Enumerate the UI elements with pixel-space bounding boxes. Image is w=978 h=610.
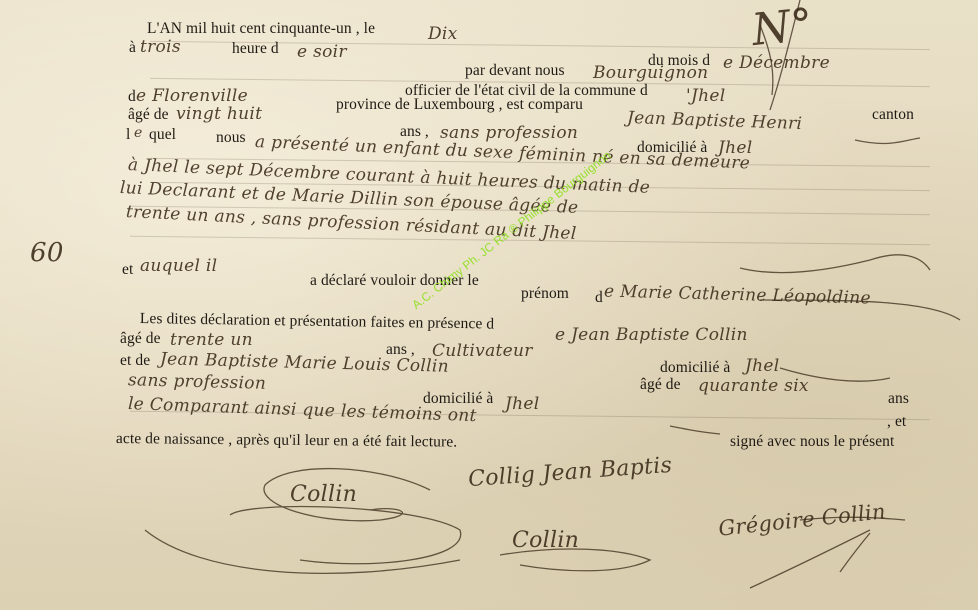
printed-et-de: et de — [120, 352, 150, 370]
hw-witness1-name: e Jean Baptiste Collin — [555, 325, 748, 345]
hw-witness1-age: trente un — [170, 330, 253, 350]
printed-acte-closing: acte de naissance , après qu'il leur en … — [116, 430, 458, 452]
hw-hour: trois — [140, 37, 181, 57]
printed-et: et — [122, 261, 133, 279]
signature-jean-baptiste: Collig Jean Baptis — [467, 453, 673, 492]
signature-gregoire-collin: Grégoire Collin — [717, 499, 887, 540]
hw-officer: Bourguignon — [593, 63, 708, 83]
printed-et-end: , et — [887, 413, 906, 431]
margin-record-number: 60 — [30, 238, 64, 268]
printed-w2-age-de: âgé de — [640, 376, 681, 394]
printed-nous: nous — [216, 129, 246, 147]
printed-prenom-d: d — [595, 289, 603, 307]
hw-witness2-domicile: Jhel — [505, 394, 539, 414]
hw-witness2-profession: sans profession — [128, 370, 267, 394]
hw-day: Dix — [428, 24, 458, 44]
printed-prenom: prénom — [521, 285, 569, 303]
hw-commune: 'Jhel — [686, 86, 725, 106]
printed-province: province de Luxembourg , est comparu — [336, 96, 583, 114]
hw-age: vingt huit — [176, 104, 262, 124]
printed-quel: quel — [149, 126, 176, 144]
printed-w2-ans: ans — [888, 390, 909, 408]
printed-year-line: L'AN mil huit cent cinquante-un , le — [147, 20, 375, 38]
hw-auquel: auquel il — [140, 256, 217, 276]
printed-age-de: âgé de — [128, 106, 169, 124]
hw-time-of-day: e soir — [297, 42, 347, 62]
printed-w1-domicilie: domicilié à — [660, 359, 730, 377]
signature-collin-1: Collin — [290, 482, 357, 507]
hw-origin: e Florenville — [136, 86, 248, 106]
printed-canton: canton — [872, 106, 914, 124]
printed-par-devant: par devant nous — [465, 62, 565, 80]
printed-l: l — [126, 126, 130, 144]
printed-heure: heure d — [232, 40, 279, 58]
hw-declarant: Jean Baptiste Henri — [627, 108, 803, 134]
printed-w1-age-de: âgé de — [120, 330, 161, 348]
printed-d: d — [128, 88, 136, 106]
printed-signe: signé avec nous le présent — [730, 433, 894, 451]
birth-record-page: L'AN mil huit cent cinquante-un , le à h… — [0, 0, 978, 610]
hw-given-names: e Marie Catherine Léopoldine — [604, 282, 871, 309]
hw-witness2-age: quarante six — [698, 376, 809, 396]
printed-a: à — [129, 39, 136, 57]
corner-number-mark: N° — [750, 0, 816, 56]
signature-collin-2: Collin — [512, 528, 579, 553]
hw-quel-e: e — [134, 125, 143, 141]
hw-month: e Décembre — [723, 53, 830, 73]
hw-witness1-domicile: Jhel — [745, 356, 779, 376]
